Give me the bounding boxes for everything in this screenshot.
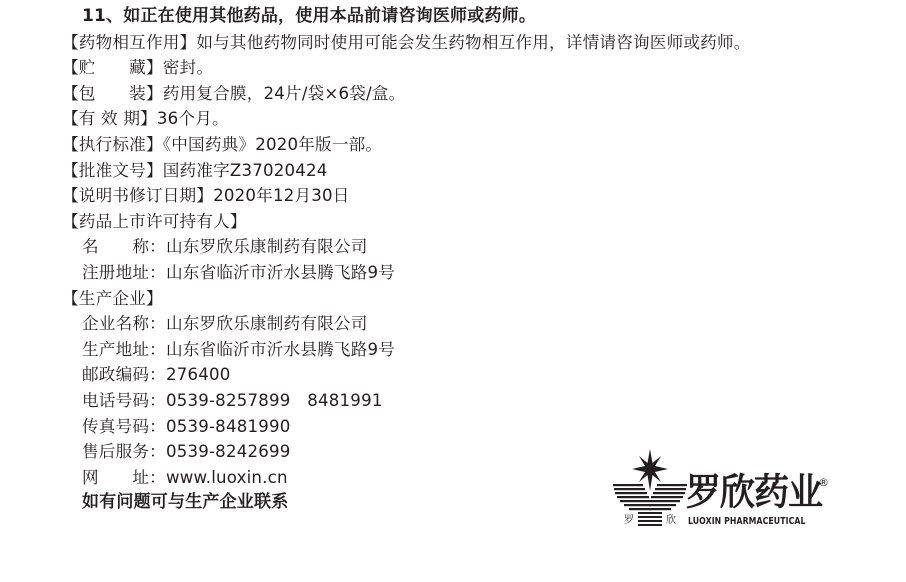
logo-mini-char-right: 欣 [666, 515, 676, 527]
manufacturer-address: 生产地址：山东省临沂市沂水县腾飞路9号 [62, 337, 852, 363]
brand-name-english: LUOXIN PHARMACEUTICAL [688, 516, 806, 527]
mah-address: 注册地址：山东省临沂市沂水县腾飞路9号 [62, 260, 852, 286]
brand-name-chinese: 罗欣药业 [686, 472, 822, 514]
drug-interaction-section: 【药物相互作用】如与其他药物同时使用可能会发生药物相互作用，详情请咨询医师或药师… [62, 30, 852, 56]
approval-number-section: 【批准文号】国药准字Z37020424 [62, 158, 852, 184]
postcode: 邮政编码：276400 [62, 362, 852, 388]
mah-heading: 【药品上市许可持有人】 [62, 209, 852, 235]
phone-numbers: 电话号码：0539-8257899 8481991 [62, 388, 852, 414]
registered-mark-icon: ® [818, 477, 829, 489]
luoxin-logo: 罗 欣 罗欣药业 ® LUOXIN PHARMACEUTICAL [612, 447, 842, 531]
fax-number: 传真号码：0539-8481990 [62, 414, 852, 440]
mah-name: 名 称：山东罗欣乐康制药有限公司 [62, 234, 852, 260]
manufacturer-heading: 【生产企业】 [62, 286, 852, 312]
package-section: 【包 装】药用复合膜，24片/袋×6袋/盒。 [62, 81, 852, 107]
item-11-advice: 11、如正在使用其他药品，使用本品前请咨询医师或药师。 [62, 4, 852, 30]
validity-section: 【有 效 期】36个月。 [62, 106, 852, 132]
logo-mini-char-left: 罗 [624, 515, 634, 527]
storage-section: 【贮 藏】密封。 [62, 55, 852, 81]
leaflet-text: 11、如正在使用其他药品，使用本品前请咨询医师或药师。 【药物相互作用】如与其他… [62, 4, 852, 516]
standard-section: 【执行标准】《中国药典》2020年版一部。 [62, 132, 852, 158]
manufacturer-name: 企业名称：山东罗欣乐康制药有限公司 [62, 311, 852, 337]
revision-date-section: 【说明书修订日期】2020年12月30日 [62, 183, 852, 209]
